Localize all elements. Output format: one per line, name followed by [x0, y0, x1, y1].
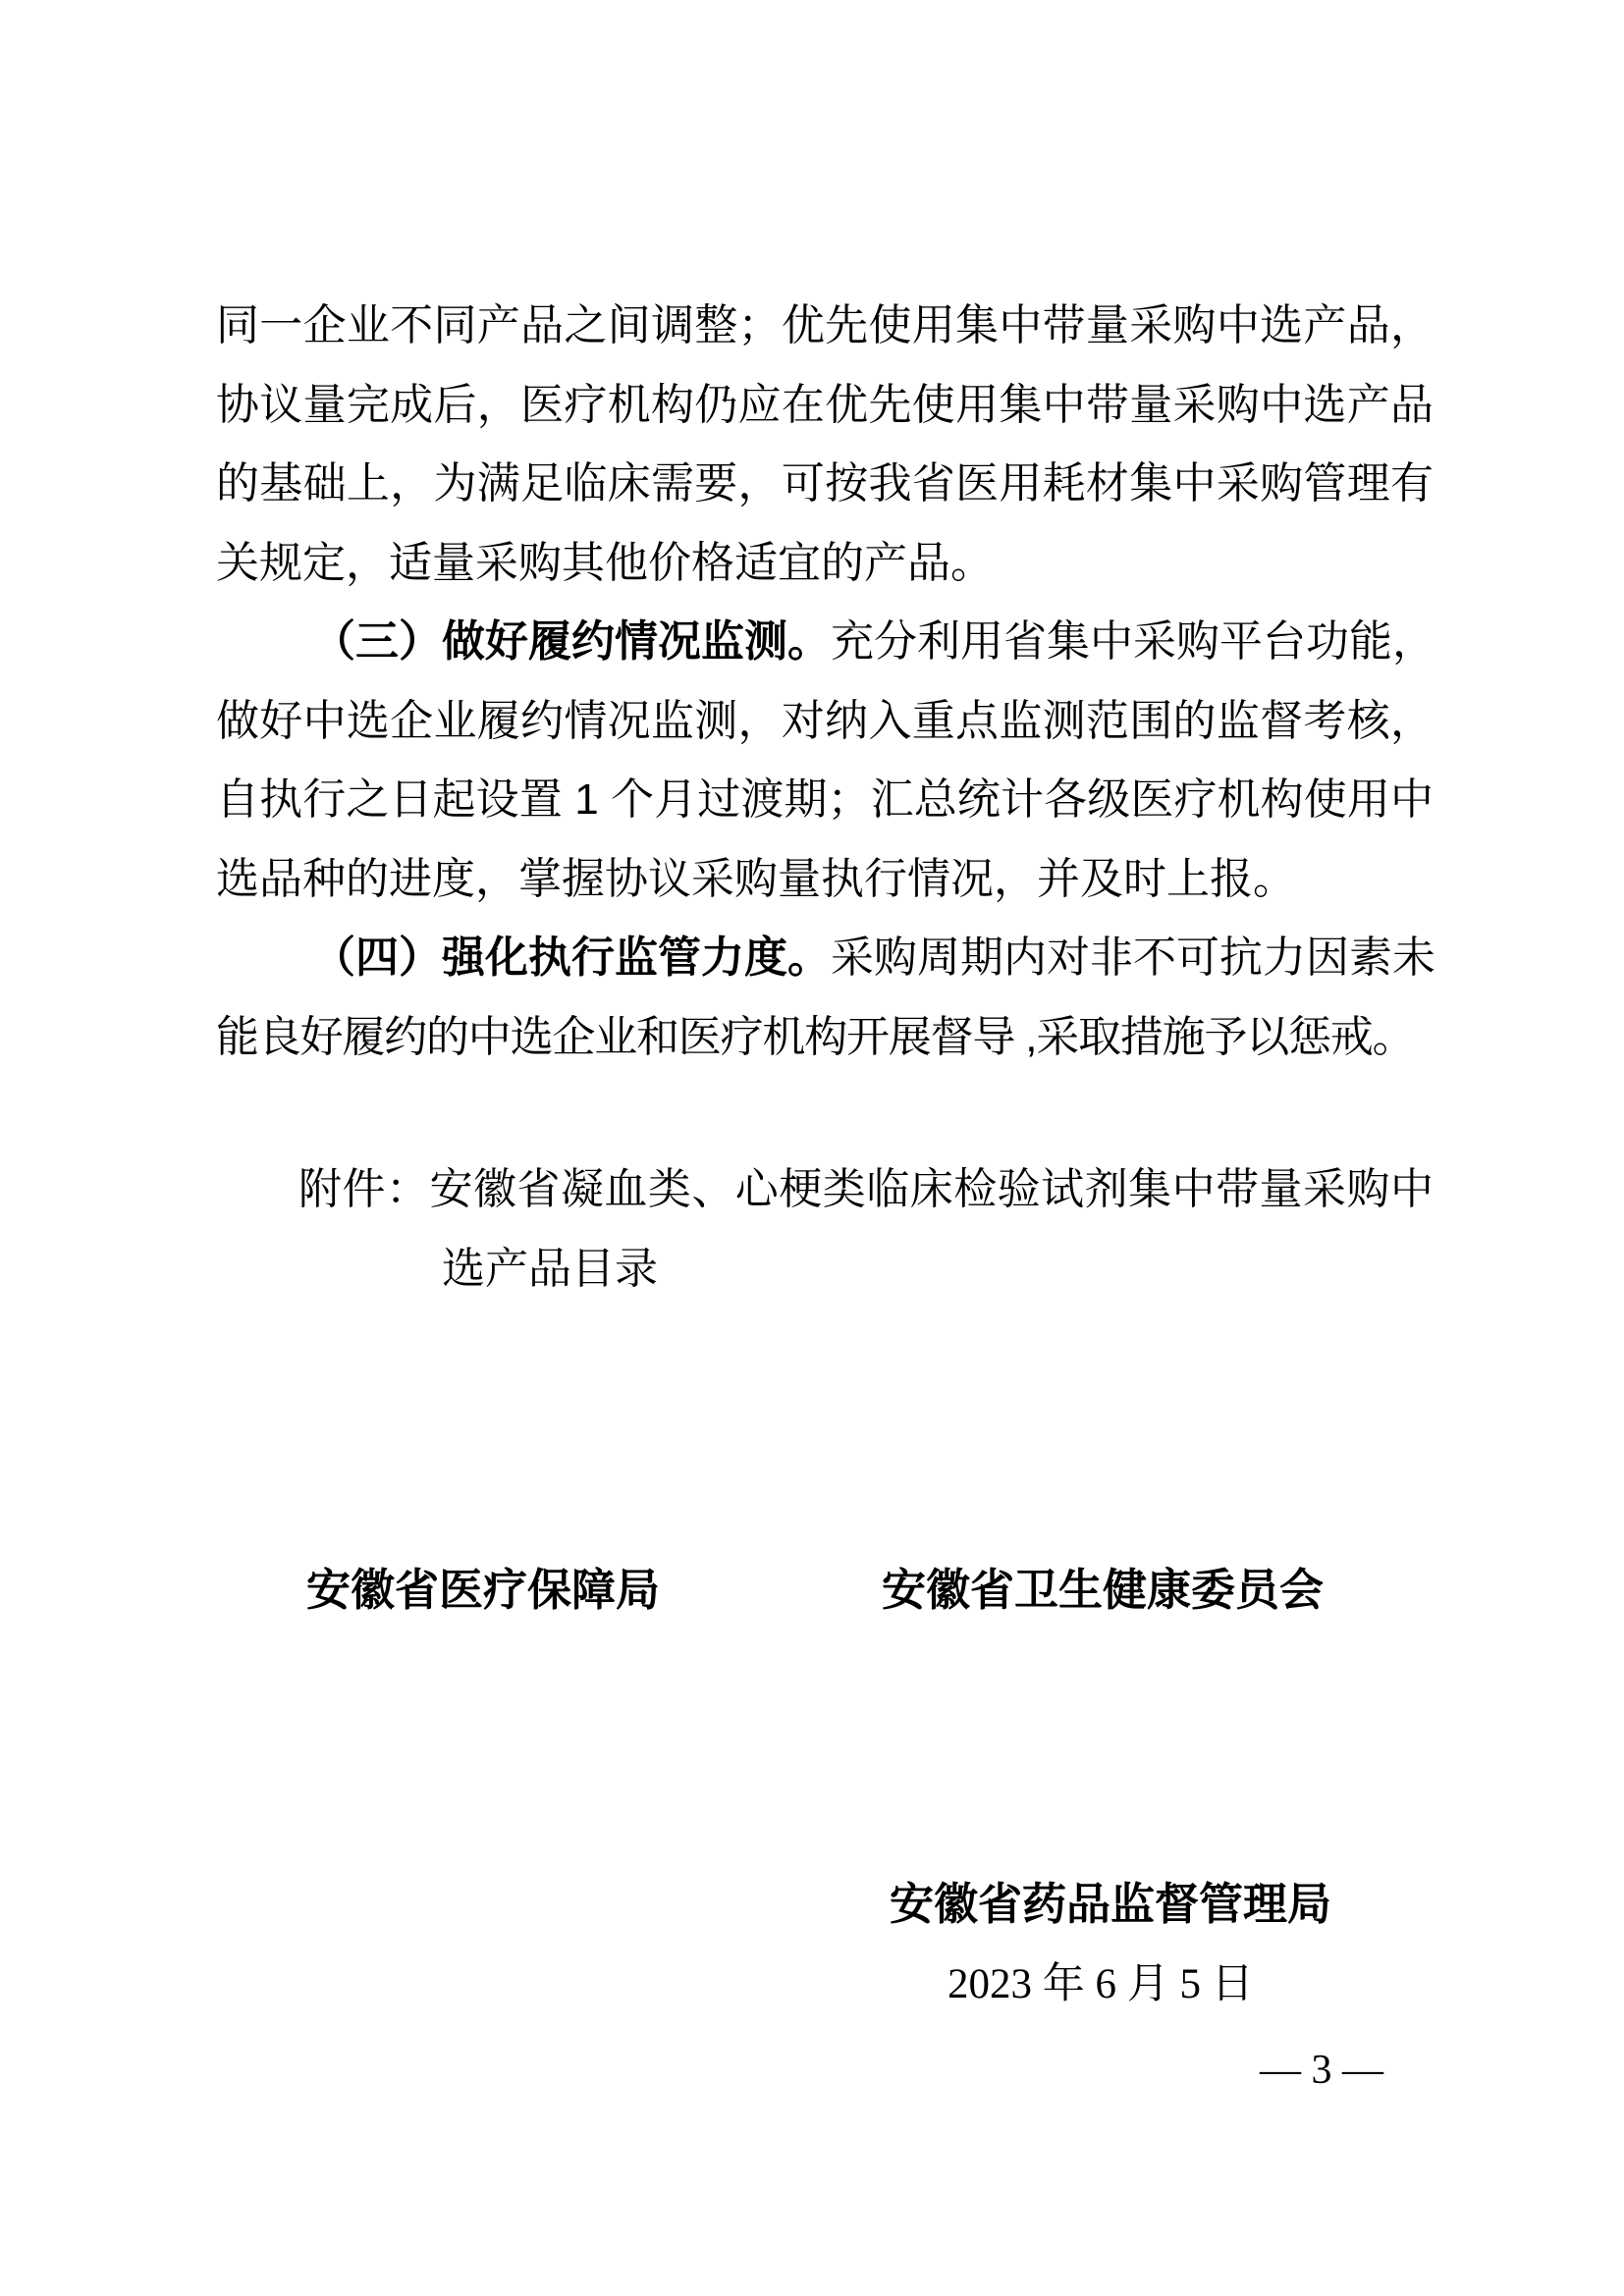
body-line: 同一企业不同产品之间调整；优先使用集中带量采购中选产品，	[216, 287, 1434, 366]
body-line: 做好中选企业履约情况监测，对纳入重点监测范围的监督考核，	[216, 682, 1434, 762]
body-line-text: 的基础上，为满足临床需要，可按我省医用耗材集中采购管理有	[216, 459, 1434, 507]
signatory-medical-security-bureau: 安徽省医疗保障局	[306, 1568, 660, 1612]
attachment-line: 选产品目录	[216, 1230, 1434, 1309]
body-line: 关规定，适量采购其他价格适宜的产品。	[216, 524, 1434, 604]
body-line-text: 协议量完成后，医疗机构仍应在优先使用集中带量采购中选产品	[216, 381, 1434, 429]
body-line-text: 采购周期内对非不可抗力因素未	[831, 934, 1435, 982]
page-number: — 3 —	[1260, 2050, 1383, 2091]
document-page: 同一企业不同产品之间调整；优先使用集中带量采购中选产品， 协议量完成后，医疗机构…	[0, 0, 1624, 2296]
section-heading: （三）做好履约情况监测。	[312, 617, 831, 666]
signatory-drug-administration: 安徽省药品监督管理局	[890, 1882, 1331, 1926]
body-line: 协议量完成后，医疗机构仍应在优先使用集中带量采购中选产品	[216, 366, 1434, 446]
body-line: 选品种的进度，掌握协议采购量执行情况，并及时上报。	[216, 840, 1434, 920]
body-line: 的基础上，为满足临床需要，可按我省医用耗材集中采购管理有	[216, 445, 1434, 524]
body-line-section-4: （四）强化执行监管力度。采购周期内对非不可抗力因素未	[216, 919, 1434, 998]
section-heading: （四）强化执行监管力度。	[312, 934, 831, 982]
document-date: 2023 年 6 月 5 日	[947, 1963, 1254, 2005]
body-line-text: 能良好履约的中选企业和医疗机构开展督导 ,采取措施予以惩戒。	[216, 1013, 1414, 1061]
body-line-text: 自执行之日起设置 1 个月过渡期；汇总统计各级医疗机构使用中	[216, 775, 1434, 824]
body-line-text: 充分利用省集中采购平台功能，	[831, 617, 1435, 666]
body-paragraphs: 同一企业不同产品之间调整；优先使用集中带量采购中选产品， 协议量完成后，医疗机构…	[216, 287, 1434, 1077]
body-line-text: 选品种的进度，掌握协议采购量执行情况，并及时上报。	[216, 855, 1296, 903]
body-line-text: 做好中选企业履约情况监测，对纳入重点监测范围的监督考核，	[216, 697, 1434, 745]
body-line: 能良好履约的中选企业和医疗机构开展督导 ,采取措施予以惩戒。	[216, 998, 1434, 1078]
signatory-health-commission: 安徽省卫生健康委员会	[882, 1568, 1324, 1612]
body-line-text: 同一企业不同产品之间调整；优先使用集中带量采购中选产品，	[216, 301, 1434, 349]
attachment-note: 附件：安徽省凝血类、心梗类临床检验试剂集中带量采购中 选产品目录	[216, 1150, 1434, 1308]
body-line-text: 关规定，适量采购其他价格适宜的产品。	[216, 539, 994, 587]
attachment-line: 附件：安徽省凝血类、心梗类临床检验试剂集中带量采购中	[216, 1150, 1434, 1230]
body-line: 自执行之日起设置 1 个月过渡期；汇总统计各级医疗机构使用中	[216, 761, 1434, 840]
body-line-section-3: （三）做好履约情况监测。充分利用省集中采购平台功能，	[216, 603, 1434, 682]
